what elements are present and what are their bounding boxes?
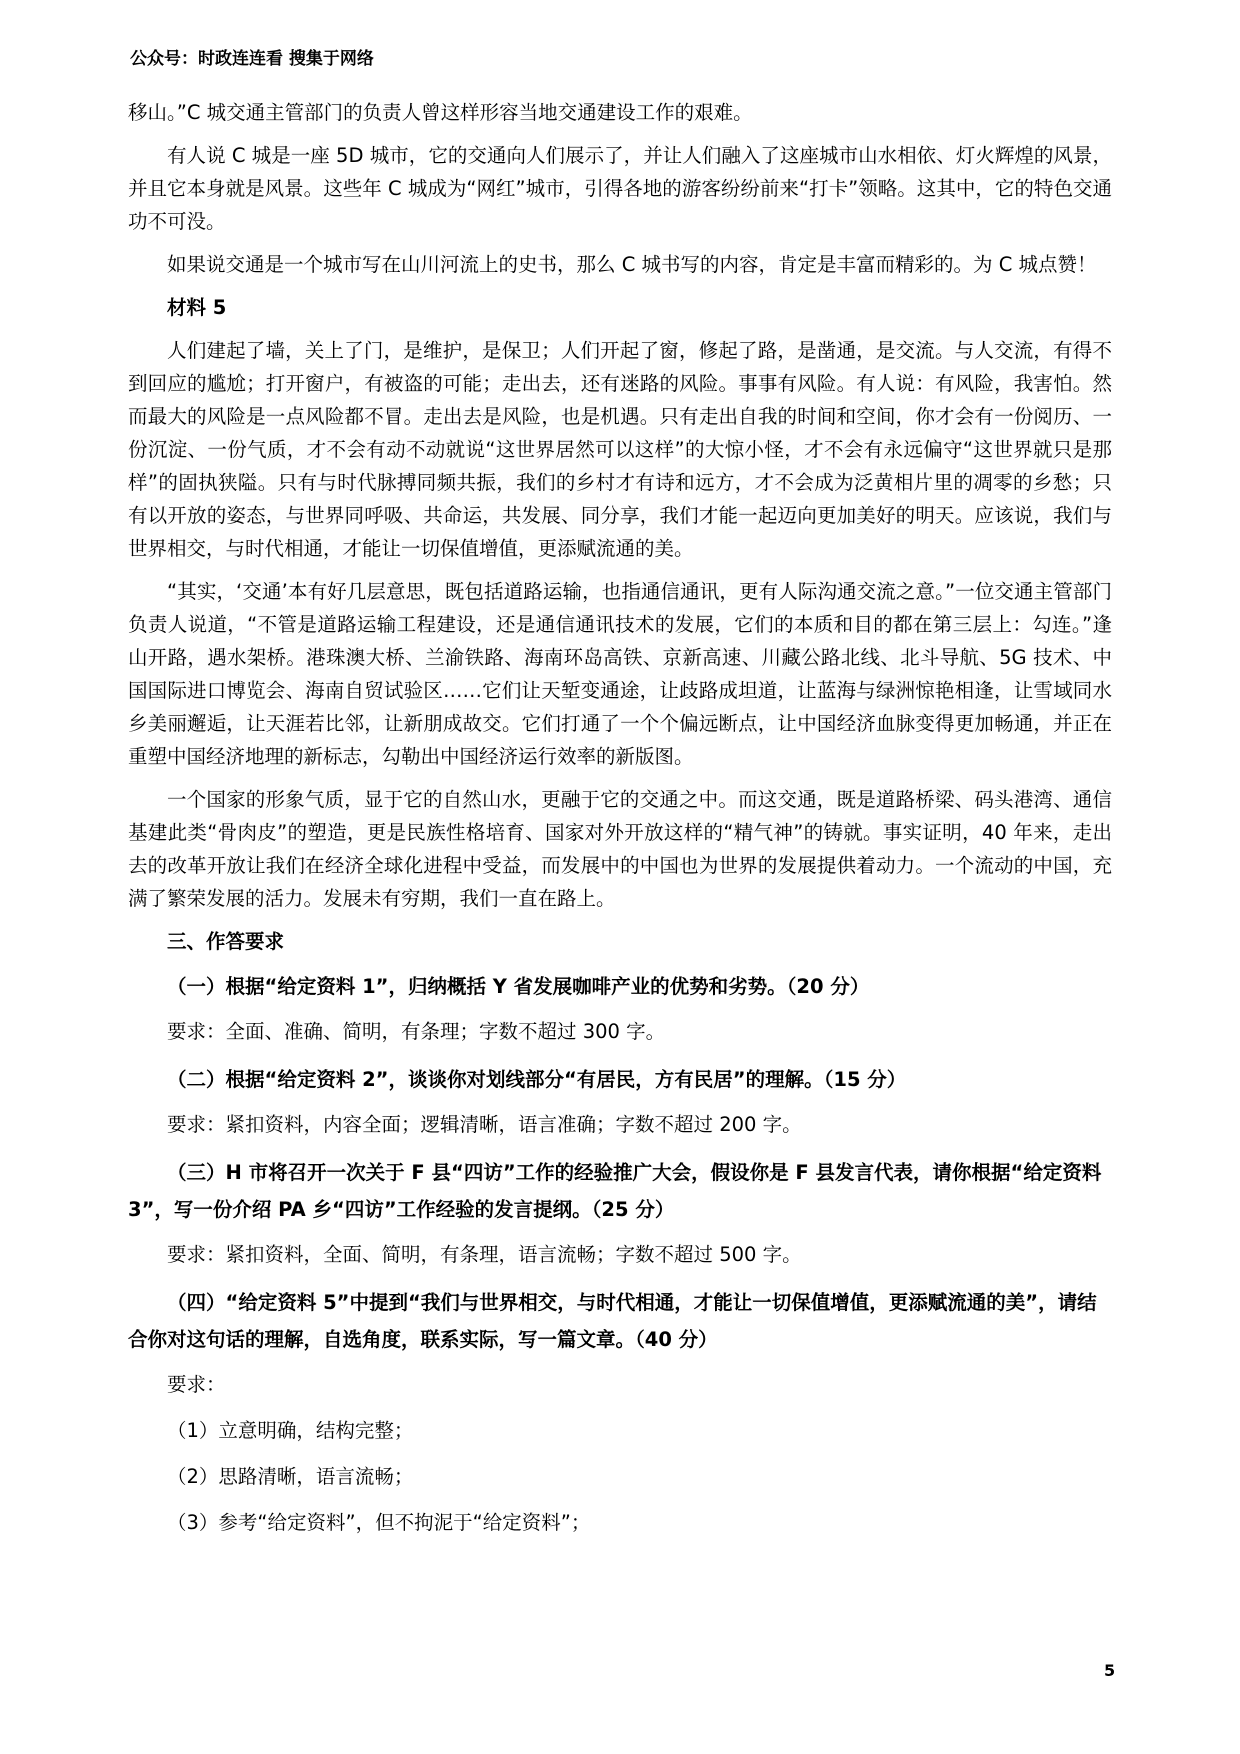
essay-requirement-3: （3）参考“给定资料”，但不拘泥于“给定资料”； xyxy=(128,1506,1112,1539)
material-5-paragraph-3: 一个国家的形象气质，显于它的自然山水，更融于它的交通之中。而这交通，既是道路桥梁… xyxy=(128,783,1112,915)
paragraph-continuation: 移山。”C 城交通主管部门的负责人曾这样形容当地交通建设工作的艰难。 xyxy=(128,96,1112,129)
material-5-paragraph-1: 人们建起了墙，关上了门，是维护，是保卫；人们开起了窗，修起了路，是凿通，是交流。… xyxy=(128,334,1112,565)
page-number: 5 xyxy=(1104,1661,1115,1680)
essay-requirement-2: （2）思路清晰，语言流畅； xyxy=(128,1460,1112,1493)
paragraph-c-city-history: 如果说交通是一个城市写在山川河流上的史书，那么 C 城书写的内容，肯定是丰富而精… xyxy=(128,248,1112,281)
question-4-requirement: 要求： xyxy=(128,1368,1112,1401)
question-3-prompt: （三）H 市将召开一次关于 F 县“四访”工作的经验推广大会，假设你是 F 县发… xyxy=(128,1154,1112,1228)
document-page: 公众号：时政连连看 搜集于网络 移山。”C 城交通主管部门的负责人曾这样形容当地… xyxy=(0,0,1240,1754)
question-1-prompt: （一）根据“给定资料 1”，归纳概括 Y 省发展咖啡产业的优势和劣势。（20 分… xyxy=(128,968,1112,1005)
document-body: 移山。”C 城交通主管部门的负责人曾这样形容当地交通建设工作的艰难。 有人说 C… xyxy=(128,96,1112,1552)
question-2-prompt: （二）根据“给定资料 2”，谈谈你对划线部分“有居民，方有民居”的理解。（15 … xyxy=(128,1061,1112,1098)
question-3-requirement: 要求：紧扣资料，全面、简明，有条理，语言流畅；字数不超过 500 字。 xyxy=(128,1238,1112,1271)
question-2-requirement: 要求：紧扣资料，内容全面；逻辑清晰，语言准确；字数不超过 200 字。 xyxy=(128,1108,1112,1141)
paragraph-c-city-5d: 有人说 C 城是一座 5D 城市，它的交通向人们展示了，并让人们融入了这座城市山… xyxy=(128,139,1112,238)
question-4-prompt: （四）“给定资料 5”中提到“我们与世界相交，与时代相通，才能让一切保值增值，更… xyxy=(128,1284,1112,1358)
essay-requirement-1: （1）立意明确，结构完整； xyxy=(128,1414,1112,1447)
material-5-paragraph-2: “其实，‘交通’本有好几层意思，既包括道路运输，也指通信通讯，更有人际沟通交流之… xyxy=(128,575,1112,773)
source-header: 公众号：时政连连看 搜集于网络 xyxy=(130,44,374,69)
material-5-title: 材料 5 xyxy=(128,291,1112,324)
section-3-title: 三、作答要求 xyxy=(128,925,1112,958)
question-1-requirement: 要求：全面、准确、简明，有条理；字数不超过 300 字。 xyxy=(128,1015,1112,1048)
